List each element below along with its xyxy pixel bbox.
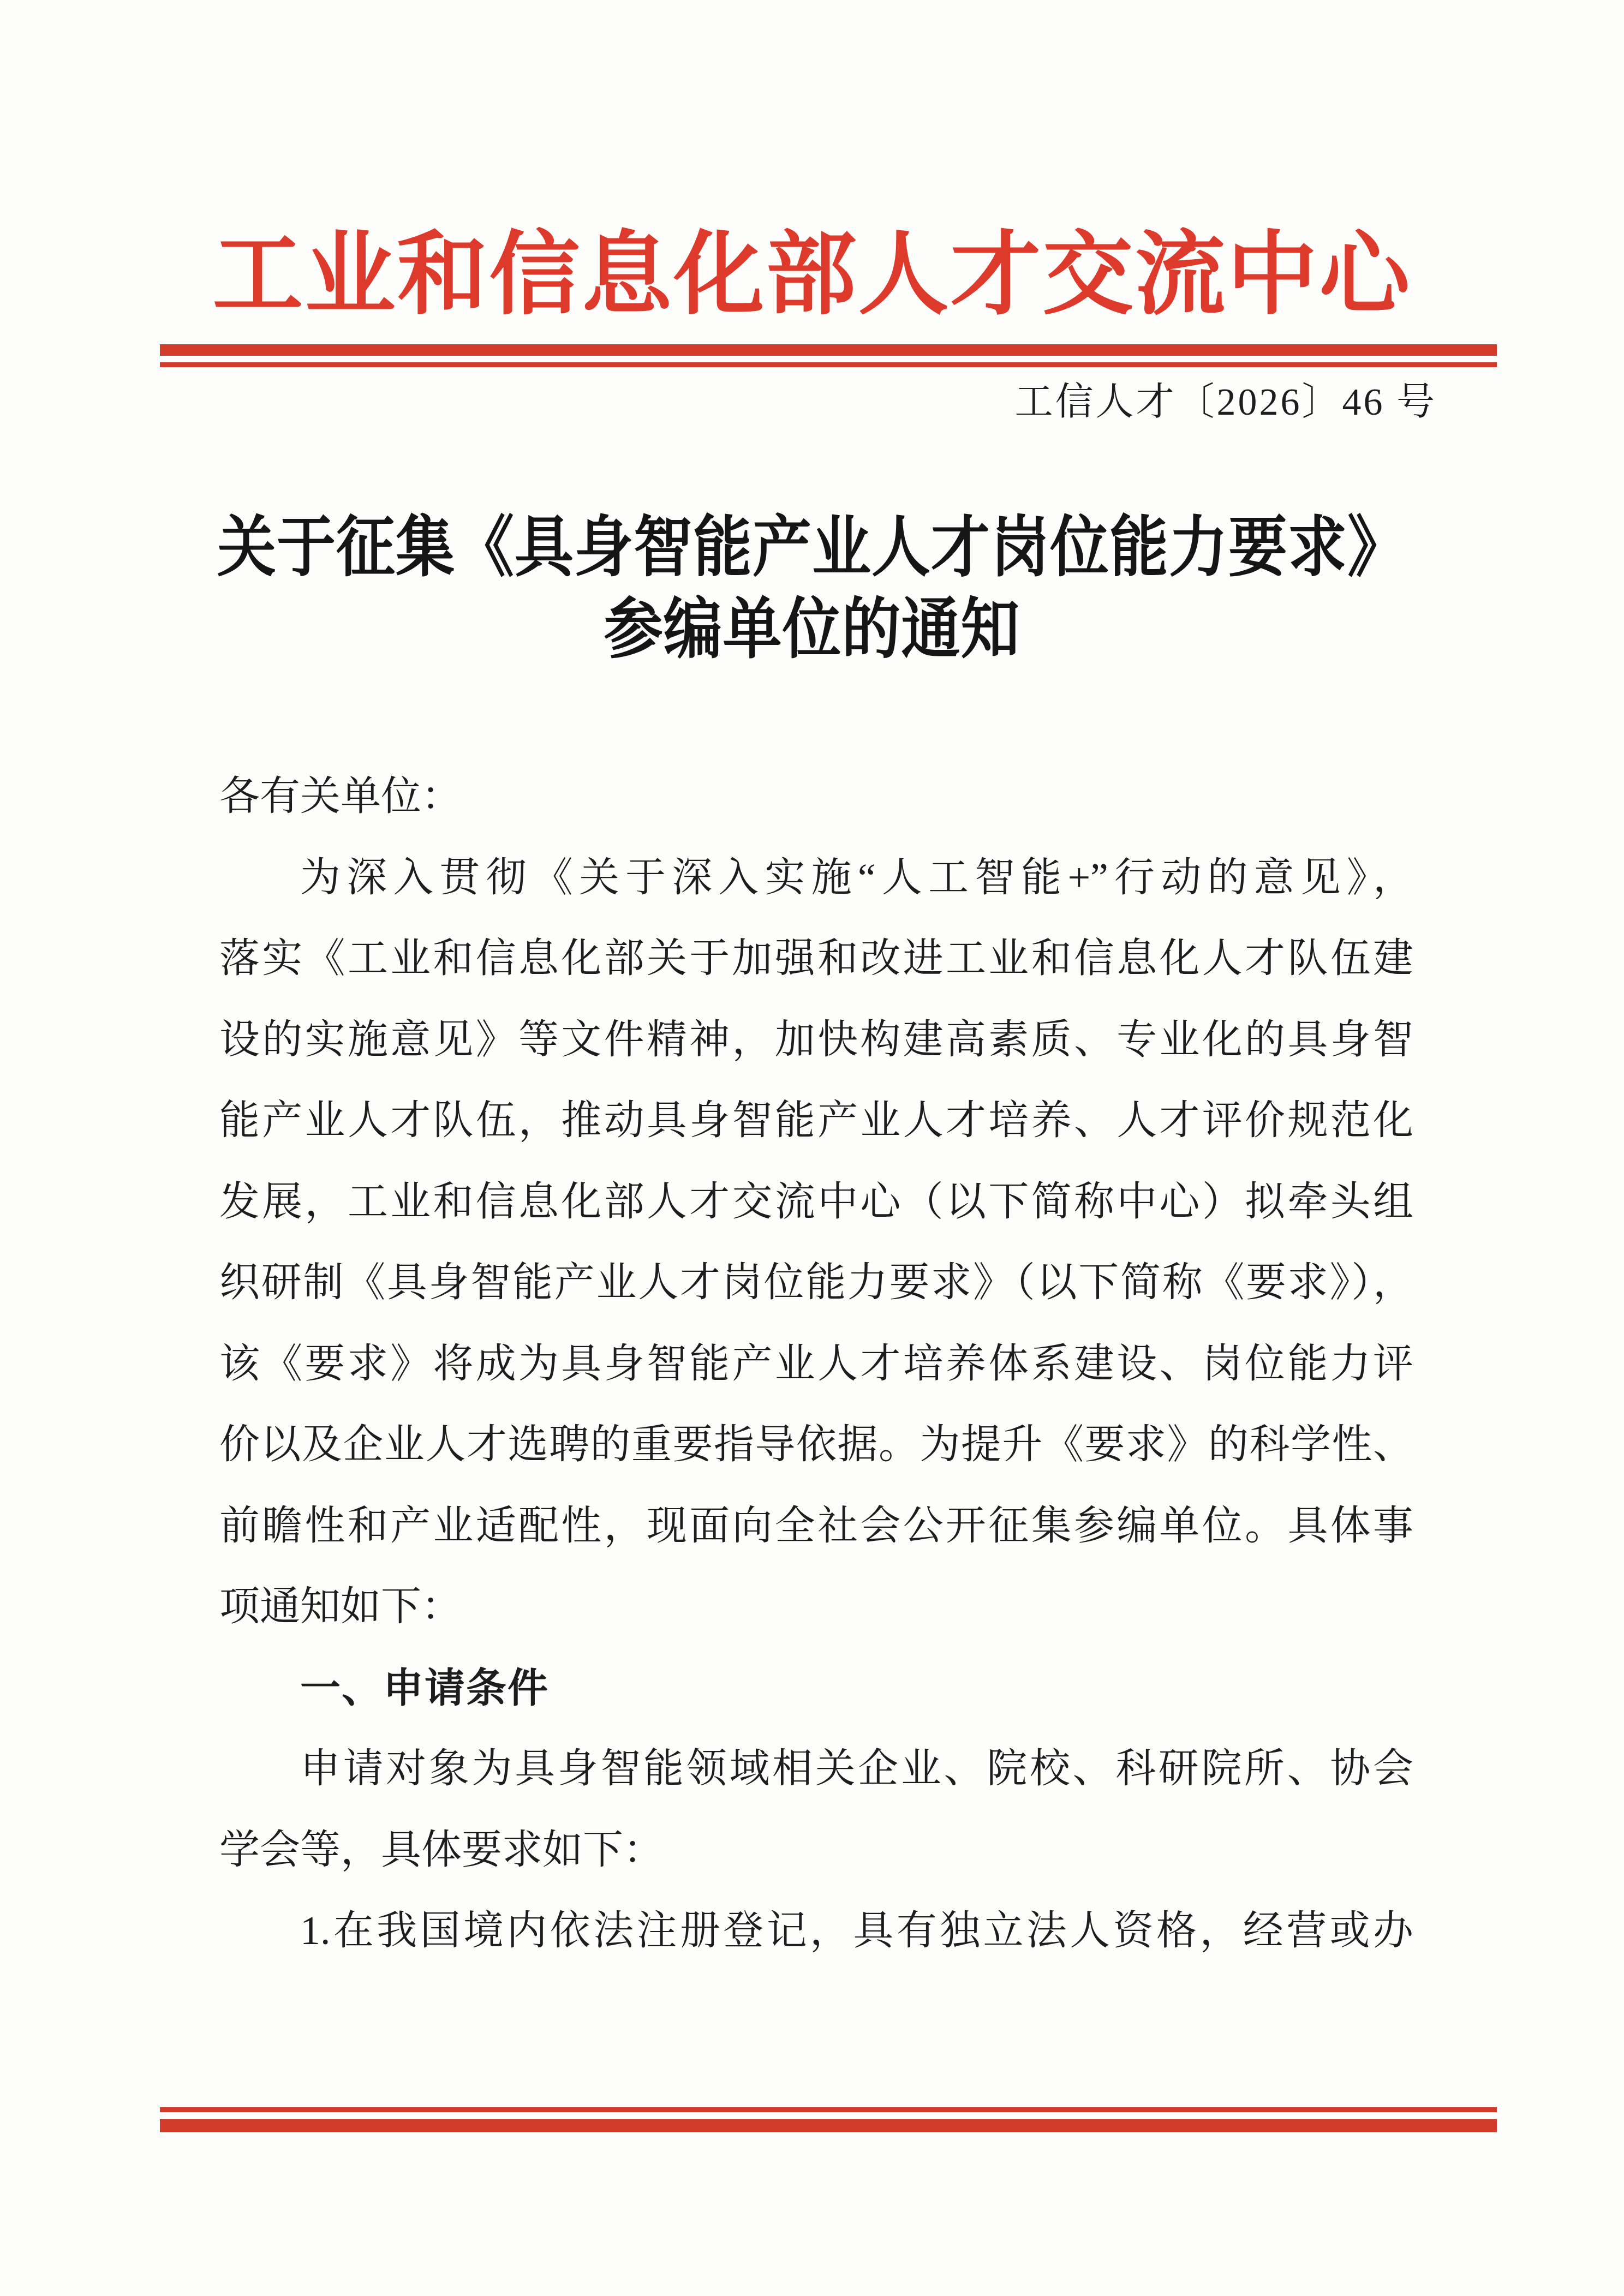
document-title: 关于征集《具身智能产业人才岗位能力要求》 参编单位的通知: [0, 507, 1624, 671]
body-line: 设的实施意见》等文件精神，加快构建高素质、专业化的具身智: [219, 1000, 1413, 1081]
top-separator-thick-line: [160, 344, 1497, 356]
document-title-line-2: 参编单位的通知: [0, 584, 1624, 676]
body-line: 申请对象为具身智能领域相关企业、院校、科研院所、协会: [219, 1729, 1413, 1810]
top-separator-thin-line: [160, 362, 1497, 367]
body-line: 能产业人才队伍，推动具身智能产业人才培养、人才评价规范化: [219, 1080, 1413, 1162]
document-page: 工业和信息化部人才交流中心 工信人才〔2026〕46 号 关于征集《具身智能产业…: [0, 0, 1624, 2296]
section-heading: 一、申请条件: [219, 1648, 1413, 1729]
body-line: 发展，工业和信息化部人才交流中心（以下简称中心）拟牵头组: [219, 1162, 1413, 1243]
salutation: 各有关单位：: [219, 756, 1413, 838]
document-title-line-1: 关于征集《具身智能产业人才岗位能力要求》: [0, 503, 1624, 594]
body-line: 项通知如下：: [219, 1566, 1413, 1648]
bottom-separator-thin-line: [160, 2107, 1497, 2112]
document-number: 工信人才〔2026〕46 号: [1015, 381, 1437, 424]
body-line: 织研制《具身智能产业人才岗位能力要求》（以下简称《要求》），: [219, 1242, 1413, 1324]
bottom-separator-thick-line: [160, 2119, 1497, 2132]
body-line: 学会等，具体要求如下：: [219, 1810, 1413, 1891]
body-line: 落实《工业和信息化部关于加强和改进工业和信息化人才队伍建: [219, 918, 1413, 1000]
body-line: 该《要求》将成为具身智能产业人才培养体系建设、岗位能力评: [219, 1324, 1413, 1405]
body-text: 各有关单位： 为深入贯彻《关于深入实施“人工智能+”行动的意见》， 落实《工业和…: [219, 756, 1413, 1972]
body-line: 1.在我国境内依法注册登记，具有独立法人资格，经营或办: [219, 1891, 1413, 1972]
body-line: 价以及企业人才选聘的重要指导依据。为提升《要求》的科学性、: [219, 1404, 1413, 1486]
body-line: 为深入贯彻《关于深入实施“人工智能+”行动的意见》，: [219, 838, 1413, 919]
letterhead-title: 工业和信息化部人才交流中心: [0, 220, 1624, 330]
body-line: 前瞻性和产业适配性，现面向全社会公开征集参编单位。具体事: [219, 1486, 1413, 1567]
